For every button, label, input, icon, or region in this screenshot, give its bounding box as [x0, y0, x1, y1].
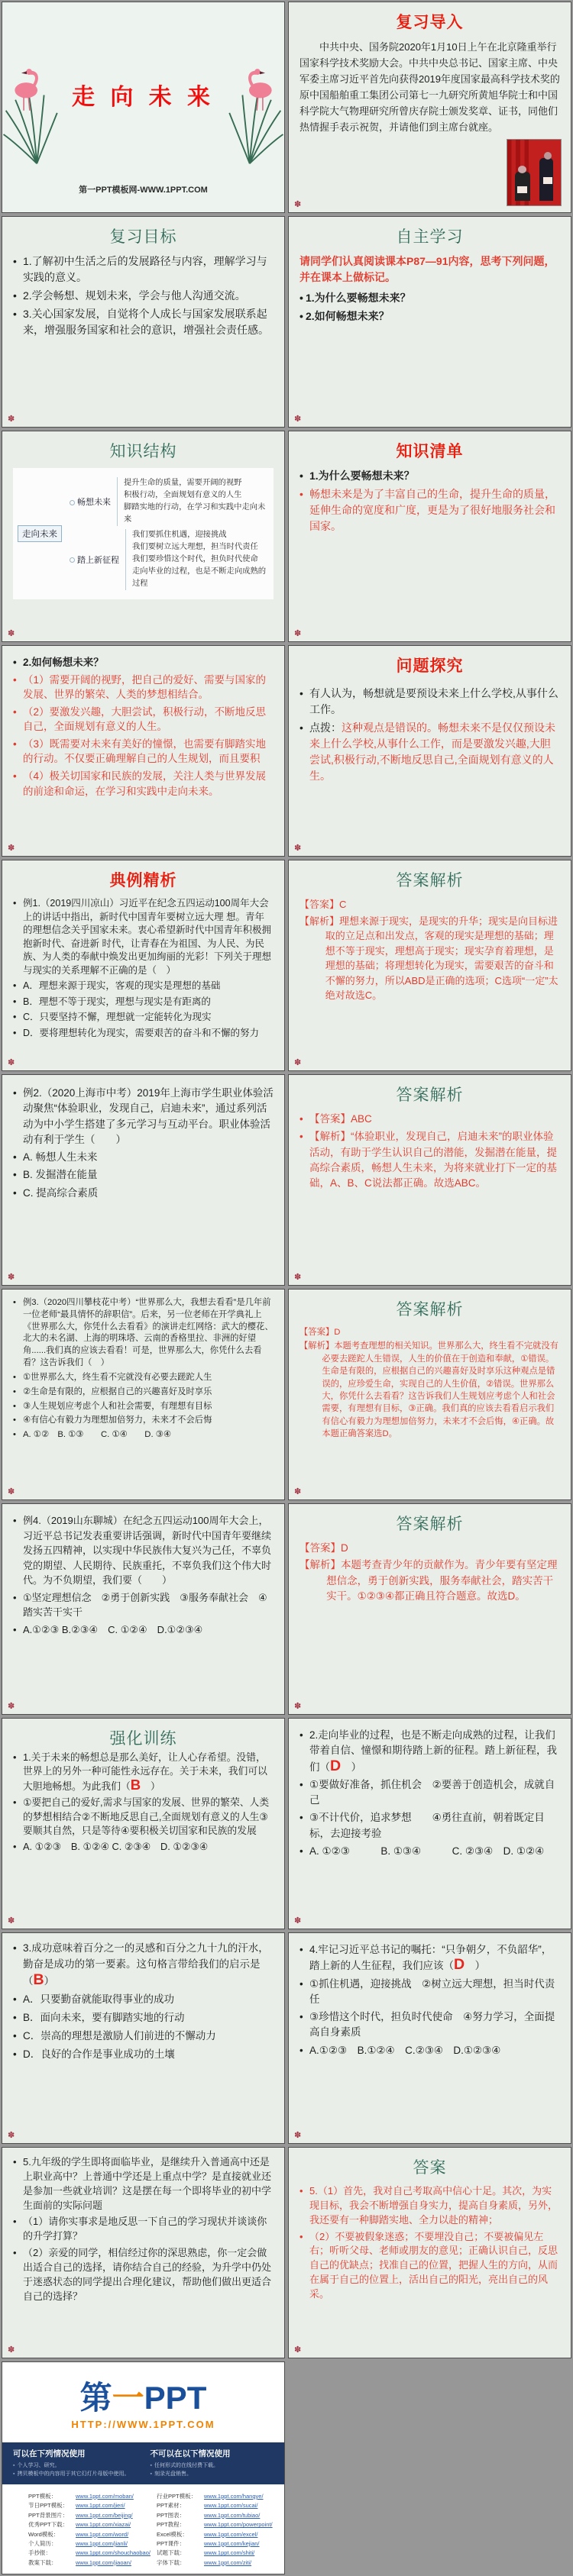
mind-map: 走向未来 畅想未来 提升生命的质量，需要开阔的视野 积极行动，全面规划有意义的人…	[13, 468, 274, 599]
choices-line: A. ①②③ B. ①③④ C. ②③④ D. ①②④	[299, 1844, 560, 1859]
link-row: PPT图表：www.1ppt.com/tubiao/	[157, 2511, 273, 2520]
viewpoint-line: 有人认为，畅想就是要预设未来上什么学校,从事什么工作。	[299, 686, 560, 718]
question-stem: 2.走向毕业的过程，也是不断走向成熟的过程，让我们带着自信、憧憬和期待踏上新的征…	[299, 1728, 560, 1775]
answer-letter: D	[330, 1758, 341, 1774]
slide-05-knowledge-structure: 知识结构 走向未来 畅想未来 提升生命的质量，需要开阔的视野 积极行动，全面规划…	[2, 431, 285, 642]
slide-11-example-2: 例2.（2020上海市中考）2019年上海市学生职业体验活动聚焦“体验职业，发现…	[2, 1074, 285, 1286]
slide-21-drill-q5: 5.九年级的学生即将面临毕业，是继续升入普通高中还是上职业高中？上普通中学还是上…	[2, 2147, 285, 2358]
answer-letter: B	[131, 1777, 141, 1793]
link-row: Excel模板：www.1ppt.com/excel/	[157, 2530, 273, 2539]
award-ceremony-photo	[507, 139, 562, 206]
slide-title: 问题探究	[299, 654, 560, 676]
answer-point: （2）要激发兴趣，大胆尝试，积极行动，不断地反思自己，全面规划有意义的人生。	[13, 705, 274, 734]
statements-line: ①抓住机遇，迎接挑战 ②树立远大理想，担当时代责任	[299, 1977, 560, 2008]
link-row: 行业PPT模板：www.1ppt.com/hangye/	[157, 2492, 273, 2501]
slide-01-cover: 走 向 未 来 第一PPT模板网-WWW.1PPT.COM	[2, 2, 285, 213]
resource-link[interactable]: www.1ppt.com/tubiao/	[204, 2511, 260, 2520]
flower-decoration-icon: ✽	[294, 1917, 301, 1926]
deck-title: 走 向 未 来	[2, 78, 284, 111]
resource-link[interactable]: www.1ppt.com/shiti/	[204, 2549, 254, 2558]
statements-line: ①要把自己的爱好,需求与国家的发展、世界的繁荣、人类的梦想相结合②不断地反思自己…	[13, 1796, 274, 1837]
slide-07-knowledge-list-2: 2.如何畅想未来？ （1）需要开阔的视野，把自己的爱好、需要与国家的发展、世界的…	[2, 645, 285, 857]
forbidden-usage-item: 刻录光盘销售。	[151, 2471, 274, 2479]
slide-09-example-1: 典例精析 例1.（2019四川凉山）习近平在纪念五四运动100周年大会上的讲话中…	[2, 860, 285, 1071]
slide-12-answer-analysis-2: 答案解析 【答案】ABC 【解析】“体验职业，发现自己，启迪未来”的职业体验活动…	[288, 1074, 571, 1286]
flower-decoration-icon: ✽	[294, 1703, 301, 1711]
flower-decoration-icon: ✽	[8, 2346, 15, 2355]
link-row: 个人简历：www.1ppt.com/jianli/	[28, 2539, 151, 2549]
forbidden-usage-title: 不可以在以下情况使用	[151, 2448, 274, 2459]
goal-item: 3.关心国家发展，自觉将个人成长与国家发展联系起来，增强服务国家和社会的意识，增…	[13, 306, 274, 338]
slide-17-drill-q1: 强化训练 1.关于未来的畅想总是那么美好，让人心存希望。没错，世界上的另外一种可…	[2, 1718, 285, 1929]
resource-link[interactable]: www.1ppt.com/shouchaobao/	[76, 2549, 151, 2558]
slide-06-knowledge-list: 知识清单 1.为什么要畅想未来？ 畅想未来是为了丰富自己的生命，提升生命的质量，…	[288, 431, 571, 642]
slide-20-drill-q4: 4.牢记习近平总书记的嘱托：“只争朝夕，不负韶华”，踏上新的人生征程，我们应该（…	[288, 1932, 571, 2144]
flower-decoration-icon: ✽	[294, 1273, 301, 1282]
answer-line: 【答案】D	[299, 1326, 560, 1338]
link-row: 试题下载：www.1ppt.com/shiti/	[157, 2549, 273, 2558]
option-c: C. 提高综合素质	[13, 1186, 274, 1201]
question-stem: 4.牢记习近平总书记的嘱托：“只争朝夕，不负韶华”，踏上新的人生征程，我们应该（…	[299, 1942, 560, 1974]
link-row: PPT背景图片：www.1ppt.com/beijing/	[28, 2511, 151, 2520]
resource-link[interactable]: www.1ppt.com/kejian/	[204, 2539, 260, 2549]
link-row: PPT课件：www.1ppt.com/kejian/	[157, 2539, 273, 2549]
flower-decoration-icon: ✽	[294, 415, 301, 424]
slide-title: 知识清单	[299, 439, 560, 462]
link-row: 教案下载：www.1ppt.com/jiaoan/	[28, 2558, 151, 2568]
link-row: 手抄报：www.1ppt.com/shouchaobao/	[28, 2549, 151, 2558]
answer-letter: B	[34, 1971, 44, 1988]
option-b: B. 发掘潜在能量	[13, 1167, 274, 1183]
option-c: C．崇高的理想是激励人们前进的不懈动力	[13, 2029, 274, 2045]
statement-4: ④有信心有毅力为理想加倍努力，未来才不会后悔	[13, 1415, 274, 1427]
link-row: PPT教程：www.1ppt.com/powerpoint/	[157, 2520, 273, 2529]
choices-line: A.①②③ B.①②④ C.②③④ D.①②③④	[299, 2043, 560, 2058]
resource-link[interactable]: www.1ppt.com/beijing/	[76, 2511, 133, 2520]
statements-line: ③不计代价，追求梦想 ④勇往直前，朝着既定目标，去迎接考验	[299, 1810, 560, 1842]
slide-19-drill-q3: 3.成功意味着百分之一的灵感和百分之九十九的汗水，勤奋是成功的第一要素。这句格言…	[2, 1932, 285, 2144]
slide-15-example-4: 例4.（2019山东聊城）在纪念五四运动100周年大会上，习近平总书记发表重要讲…	[2, 1503, 285, 1715]
statement-2: ②生命是有限的，应根据自己的兴趣喜好及时享乐	[13, 1386, 274, 1399]
answer-letter: D	[454, 1956, 465, 1973]
statements-line: ①坚定理想信念 ②勇于创新实践 ③服务奉献社会 ④踏实苦干实干	[13, 1590, 274, 1620]
flower-decoration-icon: ✽	[8, 1917, 15, 1926]
flower-decoration-icon: ✽	[294, 1059, 301, 1067]
map-leaf: 提升生命的质量，需要开阔的视野	[124, 477, 269, 489]
slide-title: 答案解析	[299, 868, 560, 891]
question-stem: 例2.（2020上海市中考）2019年上海市学生职业体验活动聚焦“体验职业，发现…	[13, 1086, 274, 1148]
answer-line: 【答案】D	[299, 1541, 560, 1556]
study-question: 1.为什么要畅想未来？	[299, 290, 560, 306]
resource-link[interactable]: www.1ppt.com/powerpoint/	[204, 2520, 273, 2529]
answer-line: 畅想未来是为了丰富自己的生命，提升生命的质量，延伸生命的宽度和广度，更是为了很好…	[299, 486, 560, 534]
link-row: PPT模板：www.1ppt.com/moban/	[28, 2492, 151, 2501]
flower-decoration-icon: ✽	[8, 1488, 15, 1496]
map-leaf: 我们要抓住机遇，迎接挑战	[132, 529, 269, 541]
resource-link[interactable]: www.1ppt.com/jiaoan/	[76, 2558, 131, 2568]
flower-decoration-icon: ✽	[8, 1273, 15, 1282]
1ppt-url[interactable]: HTTP://WWW.1PPT.COM	[2, 2419, 284, 2430]
map-leaf: 积极行动，全面规划有意义的人生	[124, 489, 269, 502]
resource-link[interactable]: www.1ppt.com/sucai/	[204, 2501, 257, 2510]
goal-item: 1.了解初中生活之后的发展路径与内容，理解学习与实践的意义。	[13, 253, 274, 286]
slide-title: 典例精析	[13, 868, 274, 891]
choices-line: A.①②③ B.②③④ C. ①②④ D.①②③④	[13, 1622, 274, 1638]
map-leaf: 我们要珍惜这个时代，担负时代使命	[132, 554, 269, 566]
slide-22-answer: 答案 5.（1）首先，我对自己考取高中信心十足。其次，为实现目标，我会不断增强自…	[288, 2147, 571, 2358]
question-material: 5.九年级的学生即将面临毕业，是继续升入普通高中还是上职业高中？上普通中学还是上…	[13, 2155, 274, 2213]
slide-title: 强化训练	[13, 1726, 274, 1749]
allowed-usage-title: 可以在下列情况使用	[13, 2448, 137, 2459]
link-row: 字体下载：www.1ppt.com/ziti/	[157, 2558, 273, 2568]
template-credit: 第一PPT模板网-WWW.1PPT.COM	[2, 183, 284, 195]
slide-title: 知识结构	[13, 439, 274, 462]
question-line: 2.如何畅想未来？	[13, 655, 274, 670]
slide-04-self-study: 自主学习 请同学们认真阅读课本P87—91内容，思考下列问题，并在课本上做标记。…	[288, 216, 571, 428]
slide-13-example-3: 例3.（2020四川攀枝花中考）“世界那么大，我想去看看”是几年前一位老师“最具…	[2, 1289, 285, 1500]
sub-question-1: （1）请你实事求是地反思一下自己的学习现状并谈谈你的升学打算？	[13, 2215, 274, 2244]
slide-08-problem-inquiry: 问题探究 有人认为，畅想就是要预设未来上什么学校,从事什么工作。 点拨：这种观点…	[288, 645, 571, 857]
link-row: Word模板：www.1ppt.com/word/	[28, 2530, 151, 2539]
map-root-node: 走向未来	[18, 525, 62, 542]
option-c: C．只要坚持不懈，理想就一定能转化为现实	[13, 1011, 274, 1025]
slide-18-drill-q2: 2.走向毕业的过程，也是不断走向成熟的过程，让我们带着自信、憧憬和期待踏上新的征…	[288, 1718, 571, 1929]
slide-14-answer-analysis-3: 答案解析 【答案】D 【解析】本题考查理想的相关知识。世界那么大，终生看不完就没…	[288, 1289, 571, 1500]
empty-cell	[286, 2360, 573, 2576]
flower-decoration-icon: ✽	[8, 844, 15, 853]
flower-decoration-icon: ✽	[294, 2346, 301, 2355]
usage-terms-band: 可以在下列情况使用 个人学习、研究。 拷贝模板中的内容用于其它幻灯片母版中使用。…	[2, 2442, 284, 2484]
resource-link[interactable]: www.1ppt.com/jieri/	[76, 2501, 125, 2510]
flower-decoration-icon: ✽	[294, 844, 301, 853]
slide-03-review-goals: 复习目标 1.了解初中生活之后的发展路径与内容，理解学习与实践的意义。 2.学会…	[2, 216, 285, 428]
flower-decoration-icon: ✽	[294, 2132, 301, 2140]
statement-3: ③人生规划应考虑个人和社会需要，有理想有目标	[13, 1401, 274, 1413]
map-leaf: 走向毕业的过程，也是不断走向成熟的过程	[132, 566, 269, 590]
question-stem: 3.成功意味着百分之一的灵感和百分之九十九的汗水，勤奋是成功的第一要素。这句格言…	[13, 1941, 274, 1990]
question-line: 1.为什么要畅想未来？	[299, 468, 560, 484]
link-row: PPT素材：www.1ppt.com/sucai/	[157, 2501, 273, 2510]
reading-instruction: 请同学们认真阅读课本P87—91内容，思考下列问题，并在课本上做标记。	[299, 253, 560, 286]
slide-title: 答案	[299, 2155, 560, 2178]
1ppt-logo: 第一PPT	[2, 2362, 284, 2414]
forbidden-usage-item: 任何形式的在线付费下载。	[151, 2462, 274, 2471]
resource-link[interactable]: www.1ppt.com/hangye/	[204, 2492, 264, 2501]
choices-line: A. ①② B. ①③ C. ①④ D. ③④	[13, 1429, 274, 1441]
goal-item: 2.学会畅想、规划未来，学会与他人沟通交流。	[13, 288, 274, 304]
map-branch: 踏上新征程 我们要抓住机遇，迎接挑战 我们要树立远大理想，担当时代责任 我们要珍…	[70, 529, 269, 590]
flower-decoration-icon: ✽	[8, 1059, 15, 1067]
intro-paragraph: 中共中央、国务院2020年1月10日上午在北京隆重举行国家科学技术奖励大会。中共…	[299, 39, 560, 135]
flower-decoration-icon: ✽	[294, 201, 301, 209]
link-row: 优秀PPT下载：www.1ppt.com/xiazai/	[28, 2520, 151, 2529]
statement-1: ①世界那么大，终生看不完就没有必要去蹉跎人生	[13, 1372, 274, 1384]
slide-10-answer-analysis-1: 答案解析 【答案】C 【解析】理想来源于现实，是现实的升华；现实是向目标进取的立…	[288, 860, 571, 1071]
answer-point: （1）需要开阔的视野，把自己的爱好、需要与国家的发展、世界的繁荣、人类的梦想相结…	[13, 673, 274, 702]
question-stem: 1.关于未来的畅想总是那么美好，让人心存希望。没错，世界上的另外一种可能性永远存…	[13, 1751, 274, 1793]
analysis-line: 【解析】“体验职业，发现自己，启迪未来”的职业体验活动，有助于学生认识自己的潜能…	[299, 1129, 560, 1191]
answer-part-2: （2）不要被假象迷惑；不要埋没自己；不要被偏见左右；听听父母、老师或朋友的意见；…	[299, 2230, 560, 2302]
answer-point: （3）既需要对未来有美好的憧憬，也需要有脚踏实地的行动。不仅要正确理解自己的人生…	[13, 737, 274, 767]
slide-16-answer-analysis-4: 答案解析 【答案】D 【解析】本题考查青少年的贡献作为。青少年要有坚定理想信念，…	[288, 1503, 571, 1715]
flower-decoration-icon: ✽	[8, 1703, 15, 1711]
analysis-line: 【解析】理想来源于现实，是现实的升华；现实是向目标进取的立足点和出发点，客观的现…	[299, 914, 560, 1003]
flower-decoration-icon: ✽	[8, 415, 15, 424]
question-stem: 例3.（2020四川攀枝花中考）“世界那么大，我想去看看”是几年前一位老师“最具…	[13, 1297, 274, 1370]
question-stem: 例1.（2019四川凉山）习近平在纪念五四运动100周年大会上的讲话中指出，新时…	[13, 897, 274, 977]
option-a: A. 畅想人生未来	[13, 1150, 274, 1165]
slide-title: 自主学习	[299, 224, 560, 247]
resource-links: PPT模板：www.1ppt.com/moban/ 节日PPT模板：www.1p…	[2, 2484, 284, 2568]
link-row: 节日PPT模板：www.1ppt.com/jieri/	[28, 2501, 151, 2510]
option-a: A．理想来源于现实，客观的现实是理想的基础	[13, 980, 274, 993]
slide-title: 答案解析	[299, 1297, 560, 1320]
map-leaf: 脚踏实地的行动，在学习和实践中走向未来	[124, 502, 269, 526]
study-question: 2.如何畅想未来？	[299, 308, 560, 324]
sub-question-2: （2）亲爱的同学，相信经过你的深思熟虑，你一定会做出适合自己的选择，请你结合自己…	[13, 2246, 274, 2303]
flower-decoration-icon: ✽	[294, 1488, 301, 1496]
question-stem: 例4.（2019山东聊城）在纪念五四运动100周年大会上，习近平总书记发表重要讲…	[13, 1513, 274, 1588]
slide-02-review-intro: 复习导入 中共中央、国务院2020年1月10日上午在北京隆重举行国家科学技术奖励…	[288, 2, 571, 213]
answer-line: 【答案】C	[299, 897, 560, 912]
resource-link[interactable]: www.1ppt.com/ziti/	[204, 2558, 251, 2568]
allowed-usage-item: 拷贝模板中的内容用于其它幻灯片母版中使用。	[13, 2471, 137, 2479]
slide-23-1ppt-footer: 第一PPT HTTP://WWW.1PPT.COM 可以在下列情况使用 个人学习…	[2, 2361, 285, 2574]
analysis-line: 【解析】本题考查理想的相关知识。世界那么大，终生看不完就没有必要去蹉跎人生错误，…	[299, 1340, 560, 1440]
flower-decoration-icon: ✽	[8, 2132, 15, 2140]
resource-link[interactable]: www.1ppt.com/word/	[76, 2530, 128, 2539]
statements-line: ③珍惜这个时代，担负时代使命 ④努力学习，全面提高自身素质	[299, 2009, 560, 2041]
option-b: B．面向未来，要有脚踏实地的行动	[13, 2010, 274, 2026]
option-a: A．只要勤奋就能取得事业的成功	[13, 1992, 274, 2008]
analysis-line: 【解析】本题考查青少年的贡献作为。青少年要有坚定理想信念，勇于创新实践，服务奉献…	[299, 1558, 560, 1604]
answer-line: 【答案】ABC	[299, 1112, 560, 1127]
slide-title: 复习目标	[13, 224, 274, 247]
resource-link[interactable]: www.1ppt.com/excel/	[204, 2530, 257, 2539]
choices-line: A. ①②③ B. ①②④ C. ②③④ D. ①②③④	[13, 1840, 274, 1854]
option-b: B．理想不等于现实，理想与现实是有距离的	[13, 996, 274, 1009]
resource-link[interactable]: www.1ppt.com/xiazai/	[76, 2520, 131, 2529]
map-branch: 畅想未来 提升生命的质量，需要开阔的视野 积极行动，全面规划有意义的人生 脚踏实…	[70, 477, 269, 526]
flower-decoration-icon: ✽	[8, 630, 15, 638]
tip-line: 点拨：这种观点是错误的。畅想未来不是仅仅预设未来上什么学校,从事什么工作，而是要…	[299, 720, 560, 784]
ppt-preview-page: 走 向 未 来 第一PPT模板网-WWW.1PPT.COM 复习导入 中共中央、…	[0, 0, 573, 2576]
slide-title: 复习导入	[299, 10, 560, 33]
map-leaf: 我们要树立远大理想，担当时代责任	[132, 541, 269, 554]
flower-decoration-icon: ✽	[294, 630, 301, 638]
slide-title: 答案解析	[299, 1083, 560, 1106]
allowed-usage-item: 个人学习、研究。	[13, 2462, 137, 2471]
statements-line: ①要做好准备，抓住机会 ②要善于创造机会，成就自己	[299, 1777, 560, 1809]
answer-part-1: 5.（1）首先，我对自己考取高中信心十足。其次，为实现目标，我会不断增强自身实力…	[299, 2184, 560, 2228]
answer-point: （4）极关切国家和民族的发展，关注人类与世界发展的前途和命运，在学习和实践中走向…	[13, 769, 274, 799]
resource-link[interactable]: www.1ppt.com/moban/	[76, 2492, 134, 2501]
slide-title: 答案解析	[299, 1512, 560, 1535]
option-d: D．良好的合作是事业成功的土壤	[13, 2047, 274, 2063]
resource-link[interactable]: www.1ppt.com/jianli/	[76, 2539, 128, 2549]
option-d: D．要将理想转化为现实，需要艰苦的奋斗和不懈的努力	[13, 1027, 274, 1041]
